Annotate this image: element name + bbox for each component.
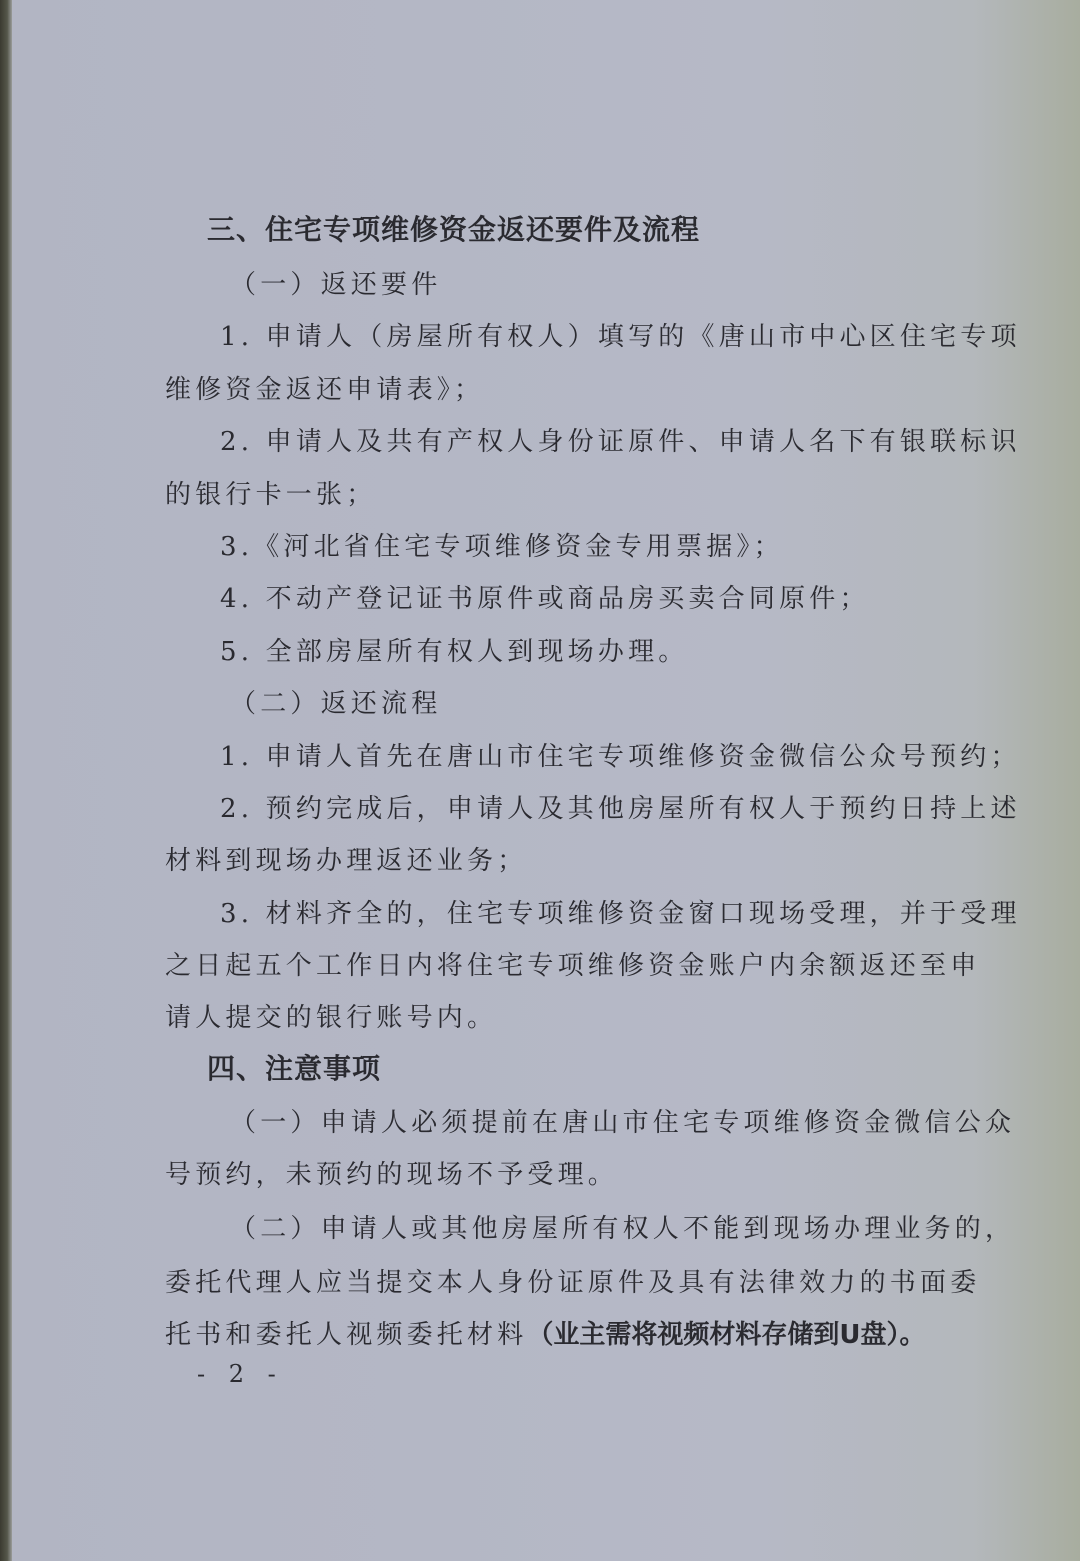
process-3-line3: 请人提交的银行账号内。 — [165, 1001, 955, 1035]
process-1: 1. 申请人首先在唐山市住宅专项维修资金微信公众号预约； — [220, 740, 1010, 774]
requirement-2-line2: 的银行卡一张； — [165, 478, 955, 512]
page-number: - 2 - — [197, 1360, 284, 1388]
requirement-3: 3.《河北省住宅专项维修资金专用票据》； — [220, 530, 1010, 564]
requirement-1-line2: 维修资金返还申请表》； — [165, 373, 955, 407]
photo-left-edge — [0, 0, 12, 1561]
notice-1-line2: 号预约，未预约的现场不予受理。 — [165, 1158, 955, 1192]
requirement-1-line1: 1. 申请人（房屋所有权人）填写的《唐山市中心区住宅专项 — [220, 320, 1010, 354]
process-3-line2: 之日起五个工作日内将住宅专项维修资金账户内余额返还至申 — [165, 949, 955, 983]
process-3-line1: 3. 材料齐全的，住宅专项维修资金窗口现场受理，并于受理 — [220, 897, 1010, 931]
section3-title: 三、住宅专项维修资金返还要件及流程 — [207, 213, 997, 247]
process-2-line1: 2. 预约完成后，申请人及其他房屋所有权人于预约日持上述 — [220, 792, 1010, 826]
part2-title: （二）返还流程 — [230, 687, 1020, 721]
notice-1-line1: （一）申请人必须提前在唐山市住宅专项维修资金微信公众 — [230, 1106, 1020, 1140]
notice-2-line3-plain: 托书和委托人视频委托材料 — [165, 1320, 527, 1350]
requirement-4: 4. 不动产登记证书原件或商品房买卖合同原件； — [220, 582, 1010, 616]
notice-2-line3: 托书和委托人视频委托材料（业主需将视频材料存储到U盘）。 — [165, 1318, 955, 1352]
notice-2-line1: （二）申请人或其他房屋所有权人不能到现场办理业务的， — [230, 1212, 1020, 1246]
requirement-2-line1: 2. 申请人及共有产权人身份证原件、申请人名下有银联标识 — [220, 425, 1010, 459]
section4-title: 四、注意事项 — [207, 1052, 997, 1086]
process-2-line2: 材料到现场办理返还业务； — [165, 844, 955, 878]
part1-title: （一）返还要件 — [230, 268, 1020, 302]
requirement-5: 5. 全部房屋所有权人到现场办理。 — [220, 635, 1010, 669]
notice-2-line2: 委托代理人应当提交本人身份证原件及具有法律效力的书面委 — [165, 1266, 955, 1300]
document-page: 三、住宅专项维修资金返还要件及流程 （一）返还要件 1. 申请人（房屋所有权人）… — [12, 0, 1080, 1561]
notice-2-line3-bold: （业主需将视频材料存储到U盘）。 — [527, 1320, 925, 1350]
